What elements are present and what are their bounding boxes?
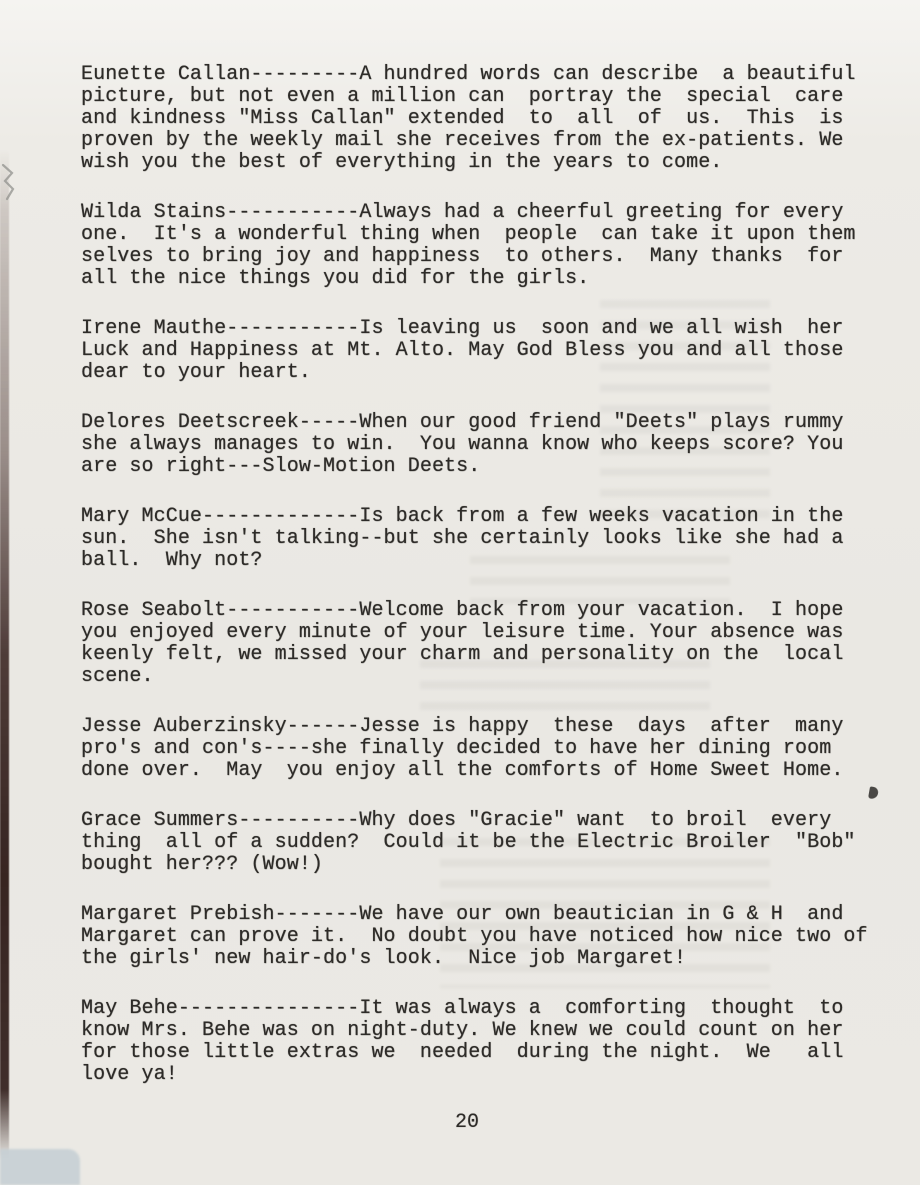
- entry-line: Grace Summers----------Why does "Gracie"…: [81, 810, 853, 832]
- entry-line: for those little extras we needed during…: [81, 1042, 853, 1064]
- entry-line: all the nice things you did for the girl…: [81, 268, 853, 290]
- pen-mark-artifact: [0, 161, 18, 212]
- entry-line: Irene Mauthe-----------Is leaving us soo…: [81, 318, 853, 340]
- entry-line: one. It's a wonderful thing when people …: [81, 224, 853, 246]
- entry-line: Mary McCue-------------Is back from a fe…: [81, 506, 853, 528]
- entry-line: keenly felt, we missed your charm and pe…: [81, 644, 853, 666]
- entry-line: and kindness "Miss Callan" extended to a…: [81, 108, 853, 130]
- entry-line: Margaret can prove it. No doubt you have…: [81, 926, 853, 948]
- typed-text-block: Eunette Callan---------A hundred words c…: [81, 64, 853, 1134]
- entry-line: thing all of a sudden? Could it be the E…: [81, 832, 853, 854]
- entry-margaret-prebish: Margaret Prebish-------We have our own b…: [81, 904, 853, 970]
- entry-irene-mauthe: Irene Mauthe-----------Is leaving us soo…: [81, 318, 853, 384]
- entry-rose-seabolt: Rose Seabolt-----------Welcome back from…: [81, 600, 853, 688]
- entry-line: Jesse Auberzinsky------Jesse is happy th…: [81, 716, 853, 738]
- entry-line: picture, but not even a million can port…: [81, 86, 853, 108]
- entry-line: dear to your heart.: [81, 362, 853, 384]
- document-page: Eunette Callan---------A hundred words c…: [0, 0, 920, 1185]
- entry-line: know Mrs. Behe was on night-duty. We kne…: [81, 1020, 853, 1042]
- entry-line: wish you the best of everything in the y…: [81, 152, 853, 174]
- binding-edge-artifact: [0, 150, 9, 1160]
- entry-line: Eunette Callan---------A hundred words c…: [81, 64, 853, 86]
- entry-line: selves to bring joy and happiness to oth…: [81, 246, 853, 268]
- entry-eunette-callan: Eunette Callan---------A hundred words c…: [81, 64, 853, 174]
- entry-line: proven by the weekly mail she receives f…: [81, 130, 853, 152]
- entry-wilda-stains: Wilda Stains-----------Always had a chee…: [81, 202, 853, 290]
- entry-line: Rose Seabolt-----------Welcome back from…: [81, 600, 853, 622]
- entry-line: Wilda Stains-----------Always had a chee…: [81, 202, 853, 224]
- entry-line: you enjoyed every minute of your leisure…: [81, 622, 853, 644]
- entry-line: love ya!: [81, 1064, 853, 1086]
- entry-line: ball. Why not?: [81, 550, 853, 572]
- page-number: 20: [81, 1112, 853, 1134]
- entry-line: pro's and con's----she finally decided t…: [81, 738, 853, 760]
- entry-line: she always manages to win. You wanna kno…: [81, 434, 853, 456]
- entry-line: Margaret Prebish-------We have our own b…: [81, 904, 853, 926]
- entry-line: sun. She isn't talking--but she certainl…: [81, 528, 853, 550]
- entry-jesse-auberzinsky: Jesse Auberzinsky------Jesse is happy th…: [81, 716, 853, 782]
- entry-line: bought her??? (Wow!): [81, 854, 853, 876]
- entry-line: scene.: [81, 666, 853, 688]
- entry-line: Delores Deetscreek-----When our good fri…: [81, 412, 853, 434]
- entry-may-behe: May Behe---------------It was always a c…: [81, 998, 853, 1086]
- entry-mary-mccue: Mary McCue-------------Is back from a fe…: [81, 506, 853, 572]
- entry-line: May Behe---------------It was always a c…: [81, 998, 853, 1020]
- corner-patch-artifact: [0, 1149, 80, 1185]
- entry-line: the girls' new hair-do's look. Nice job …: [81, 948, 853, 970]
- entry-line: Luck and Happiness at Mt. Alto. May God …: [81, 340, 853, 362]
- entry-delores-deetscreek: Delores Deetscreek-----When our good fri…: [81, 412, 853, 478]
- entry-grace-summers: Grace Summers----------Why does "Gracie"…: [81, 810, 853, 876]
- ink-speck-artifact: [868, 786, 879, 799]
- entry-line: are so right---Slow-Motion Deets.: [81, 456, 853, 478]
- entry-line: done over. May you enjoy all the comfort…: [81, 760, 853, 782]
